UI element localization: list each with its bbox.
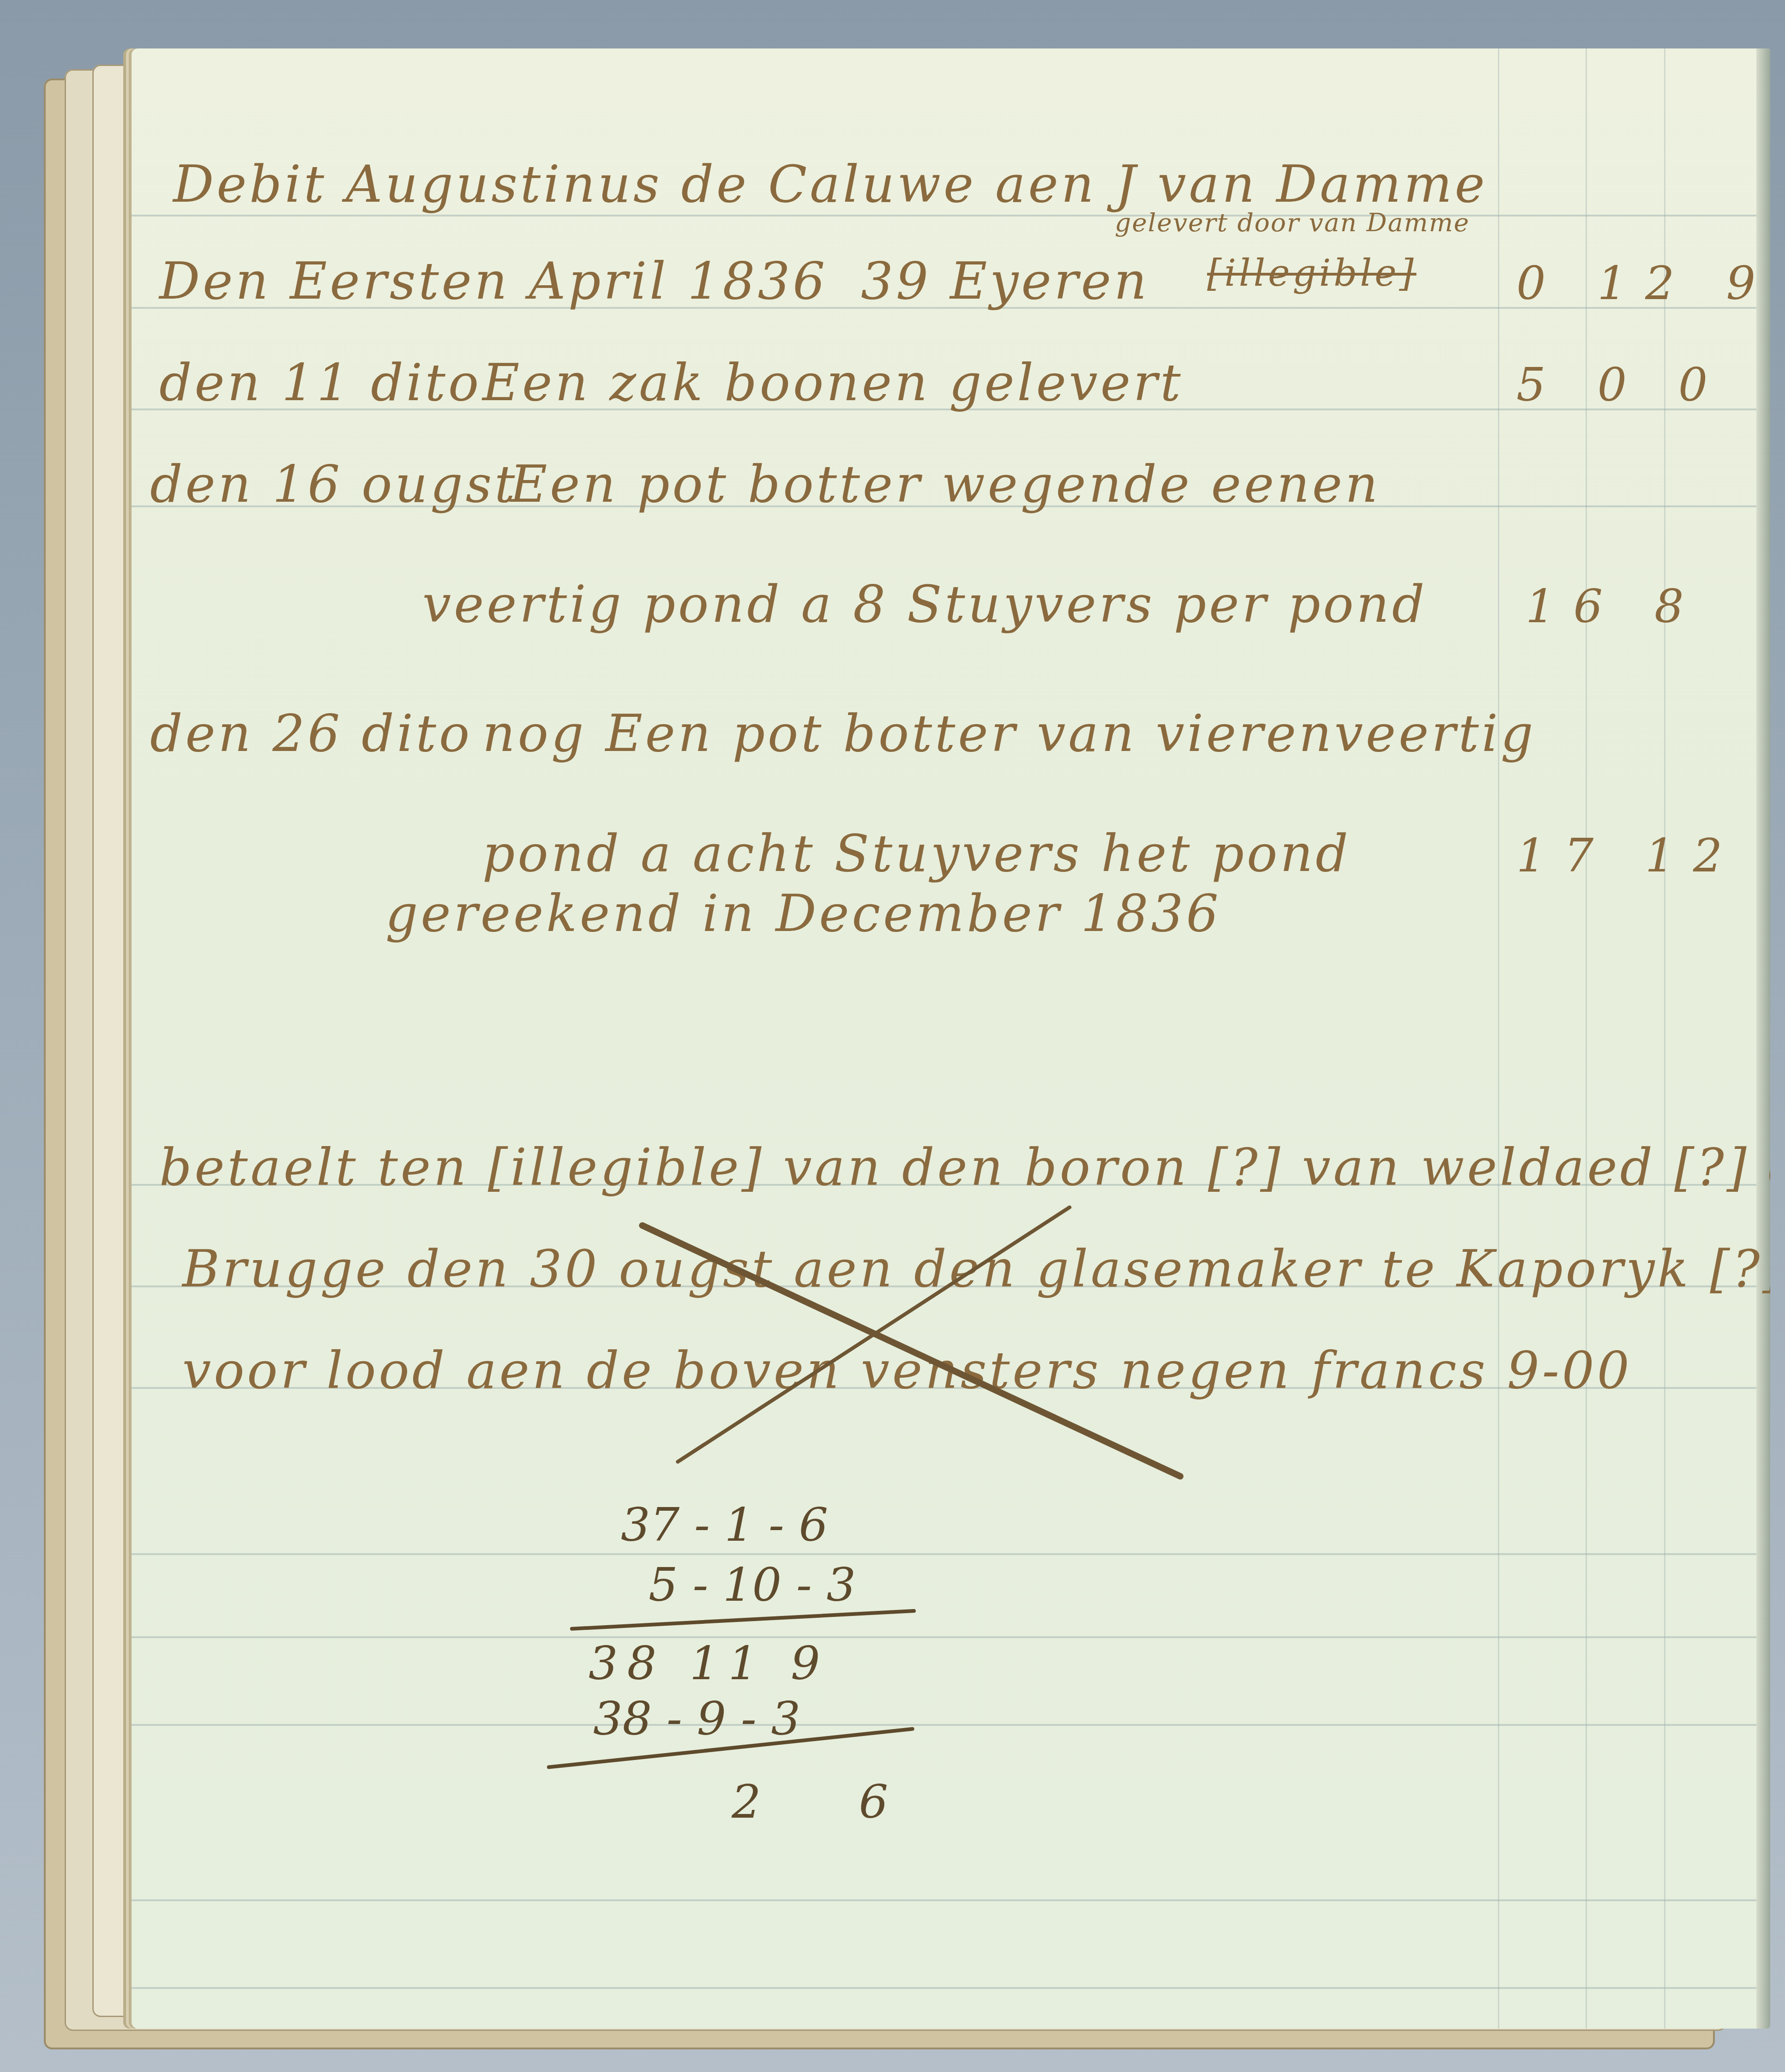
ruled-line [132, 1636, 1770, 1638]
entry-amount: 5 0 0 [1516, 358, 1726, 412]
entry-amount: 16 8 [1526, 579, 1702, 633]
ruled-line [132, 1553, 1770, 1555]
entry-description: Een zak boonen gelevert [482, 353, 1184, 412]
calc-row: 38 - 9 - 3 [593, 1692, 800, 1746]
entry-continuation: veertig pond a 8 Stuyvers per pond [422, 575, 1427, 634]
crossed-entry-line: betaelt ten [illegible] van den boron [?… [159, 1138, 1770, 1197]
ledger-page: Debit Augustinus de Caluwe aen J van Dam… [132, 48, 1770, 2029]
calc-result: 2 6 [732, 1775, 930, 1829]
calc-row: 37 - 1 - 6 [621, 1498, 828, 1552]
ruled-line [132, 1724, 1770, 1726]
struck-word: [illegible] [1207, 252, 1416, 294]
ruled-line [132, 1899, 1770, 1901]
amount-column-rule [1498, 48, 1499, 2029]
entry-description: nog Een pot botter van vierenveertig [482, 704, 1536, 763]
calc-row: 38 11 9 [589, 1636, 829, 1690]
entry-amount: 0 12 9 [1516, 256, 1770, 310]
entry-date: Den Eersten April 1836 [159, 252, 828, 311]
entry-description: 39 Eyeren [861, 252, 1149, 311]
amount-column-rule [1664, 48, 1665, 2029]
entry-continuation: pond a acht Stuyvers het pond [482, 824, 1351, 883]
page-spine-edge [1756, 48, 1770, 2029]
ledger-header: Debit Augustinus de Caluwe aen J van Dam… [173, 155, 1488, 214]
entry-date: den 11 dito [159, 353, 481, 412]
entry-date: den 16 ougst [150, 455, 517, 514]
sum-line [570, 1609, 916, 1631]
entry-date: den 26 dito [150, 704, 472, 763]
ruled-line [132, 215, 1770, 216]
entry-amount: 17 12 0 [1516, 829, 1770, 883]
calc-row: 5 - 10 - 3 [649, 1558, 856, 1612]
entry-description: Een pot botter wegende eenen [510, 455, 1381, 514]
interlinear-note: gelevert door van Damme [1115, 208, 1470, 237]
amount-column-rule [1586, 48, 1587, 2029]
settlement-note: gereekend in December 1836 [385, 884, 1221, 943]
ruled-line [132, 1987, 1770, 1989]
